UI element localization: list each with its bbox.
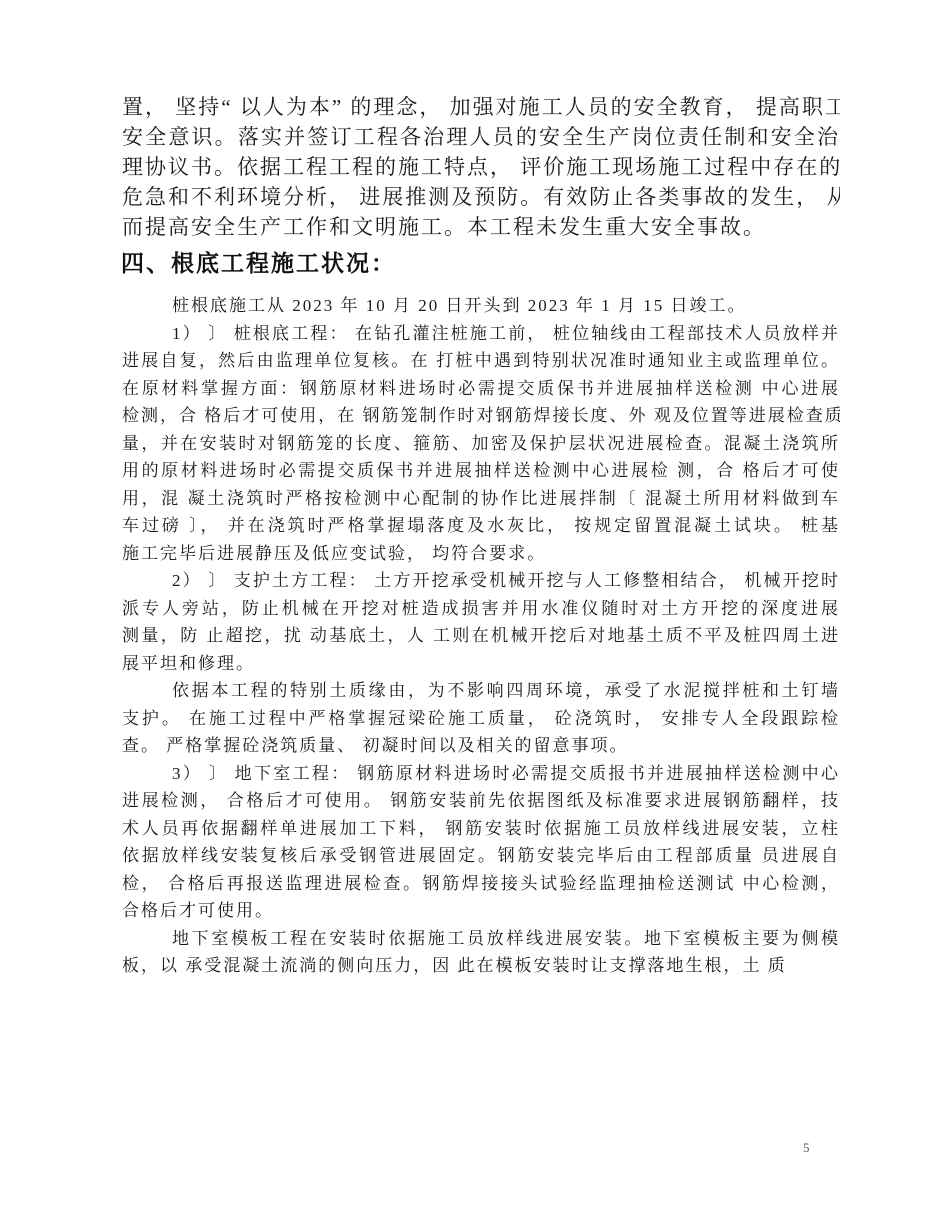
paragraph-formwork: 地下室模板工程在安装时依据施工员放样线进展安装。地下室模板主要为侧模 板，以 承… (122, 925, 840, 980)
text-line: 施工完毕后进展静压及低应变试验， 均符合要求。 (122, 540, 840, 568)
paragraph-support-earthwork: 2） 〕 支护土方工程： 土方开挖承受机械开挖与人工修整相结合， 机械开挖时 派… (122, 567, 840, 677)
text-line: 依据本工程的特别土质缘由，为不影响四周环境，承受了水泥搅拌桩和土钉墙 (122, 677, 840, 705)
text-line: 用的原材料进场时必需提交质保书并进展抽样送检测中心进展检 测，合 格后才可使 (122, 457, 840, 485)
text-line: 板，以 承受混凝土流淌的侧向压力，因 此在模板安装时让支撑落地生根，土 质 (122, 952, 840, 980)
document-page: 置， 坚持“ 以人为本” 的理念， 加强对施工人员的安全教育， 提高职工的 安全… (0, 0, 950, 1229)
text-line: 查。 严格掌握砼浇筑质量、 初凝时间以及相关的留意事项。 (122, 732, 840, 760)
text-line: 而提高安全生产工作和文明施工。本工程未发生重大安全事故。 (122, 212, 840, 242)
text-line: 支护。 在施工过程中严格掌握冠梁砼施工质量， 砼浇筑时， 安排专人全段跟踪检 (122, 705, 840, 733)
text-line: 合格后才可使用。 (122, 897, 840, 925)
text-line: 置， 坚持“ 以人为本” 的理念， 加强对施工人员的安全教育， 提高职工的 (122, 92, 840, 122)
text-line: 测量，防 止超挖，扰 动基底土，人 工则在机械开挖后对地基土质不平及桩四周土进 (122, 622, 840, 650)
text-line: 进展自复，然后由监理单位复核。在 打桩中遇到特别状况准时通知业主或监理单位。 (122, 347, 840, 375)
text-line: 量，并在安装时对钢筋笼的长度、箍筋、加密及保护层状况进展检查。混凝土浇筑所 (122, 430, 840, 458)
text-line: 检， 合格后再报送监理进展检查。钢筋焊接接头试验经监理抽检送测试 中心检测， (122, 870, 840, 898)
text-line: 术人员再依据翻样单进展加工下料， 钢筋安装时依据施工员放样线进展安装，立柱 (122, 815, 840, 843)
text-line: 2） 〕 支护土方工程： 土方开挖承受机械开挖与人工修整相结合， 机械开挖时 (122, 567, 840, 595)
intro-paragraph: 置， 坚持“ 以人为本” 的理念， 加强对施工人员的安全教育， 提高职工的 安全… (122, 92, 840, 242)
paragraph-foundation-date: 桩根底施工从 2023 年 10 月 20 日开头到 2023 年 1 月 15… (122, 292, 840, 320)
paragraph-pile-foundation: 1） 〕 桩根底工程： 在钻孔灌注桩施工前， 桩位轴线由工程部技术人员放样并 进… (122, 320, 840, 568)
section-body: 桩根底施工从 2023 年 10 月 20 日开头到 2023 年 1 月 15… (122, 292, 840, 980)
paragraph-basement: 3） 〕 地下室工程： 钢筋原材料进场时必需提交质报书并进展抽样送检测中心 进展… (122, 760, 840, 925)
paragraph-soil-support: 依据本工程的特别土质缘由，为不影响四周环境，承受了水泥搅拌桩和土钉墙 支护。 在… (122, 677, 840, 760)
text-line: 桩根底施工从 2023 年 10 月 20 日开头到 2023 年 1 月 15… (122, 292, 840, 320)
text-line: 派专人旁站，防止机械在开挖对桩造成损害并用水准仪随时对土方开挖的深度进展 (122, 595, 840, 623)
text-line: 地下室模板工程在安装时依据施工员放样线进展安装。地下室模板主要为侧模 (122, 925, 840, 953)
text-line: 理协议书。依据工程工程的施工特点， 评价施工现场施工过程中存在的 (122, 152, 840, 182)
text-line: 在原材料掌握方面：钢筋原材料进场时必需提交质保书并进展抽样送检测 中心进展 (122, 375, 840, 403)
text-line: 依据放样线安装复核后承受钢管进展固定。钢筋安装完毕后由工程部质量 员进展自 (122, 842, 840, 870)
text-line: 进展检测， 合格后才可使用。 钢筋安装前先依据图纸及标准要求进展钢筋翻样，技 (122, 787, 840, 815)
page-number: 5 (803, 1140, 810, 1156)
text-line: 安全意识。落实并签订工程各治理人员的安全生产岗位责任制和安全治 (122, 122, 840, 152)
text-line: 1） 〕 桩根底工程： 在钻孔灌注桩施工前， 桩位轴线由工程部技术人员放样并 (122, 320, 840, 348)
text-line: 用，混 凝土浇筑时严格按检测中心配制的协作比进展拌制〔 混凝土所用材料做到车 (122, 485, 840, 513)
text-line: 车过磅 〕， 并在浇筑时严格掌握塌落度及水灰比， 按规定留置混凝土试块。 桩基 (122, 512, 840, 540)
text-line: 展平坦和修理。 (122, 650, 840, 678)
text-line: 危急和不利环境分析， 进展推测及预防。有效防止各类事故的发生， 从 (122, 182, 840, 212)
text-line: 3） 〕 地下室工程： 钢筋原材料进场时必需提交质报书并进展抽样送检测中心 (122, 760, 840, 788)
section-heading: 四、根底工程施工状况： (121, 248, 396, 278)
text-line: 检测，合 格后才可使用，在 钢筋笼制作时对钢筋焊接长度、外 观及位置等进展检查质 (122, 402, 840, 430)
